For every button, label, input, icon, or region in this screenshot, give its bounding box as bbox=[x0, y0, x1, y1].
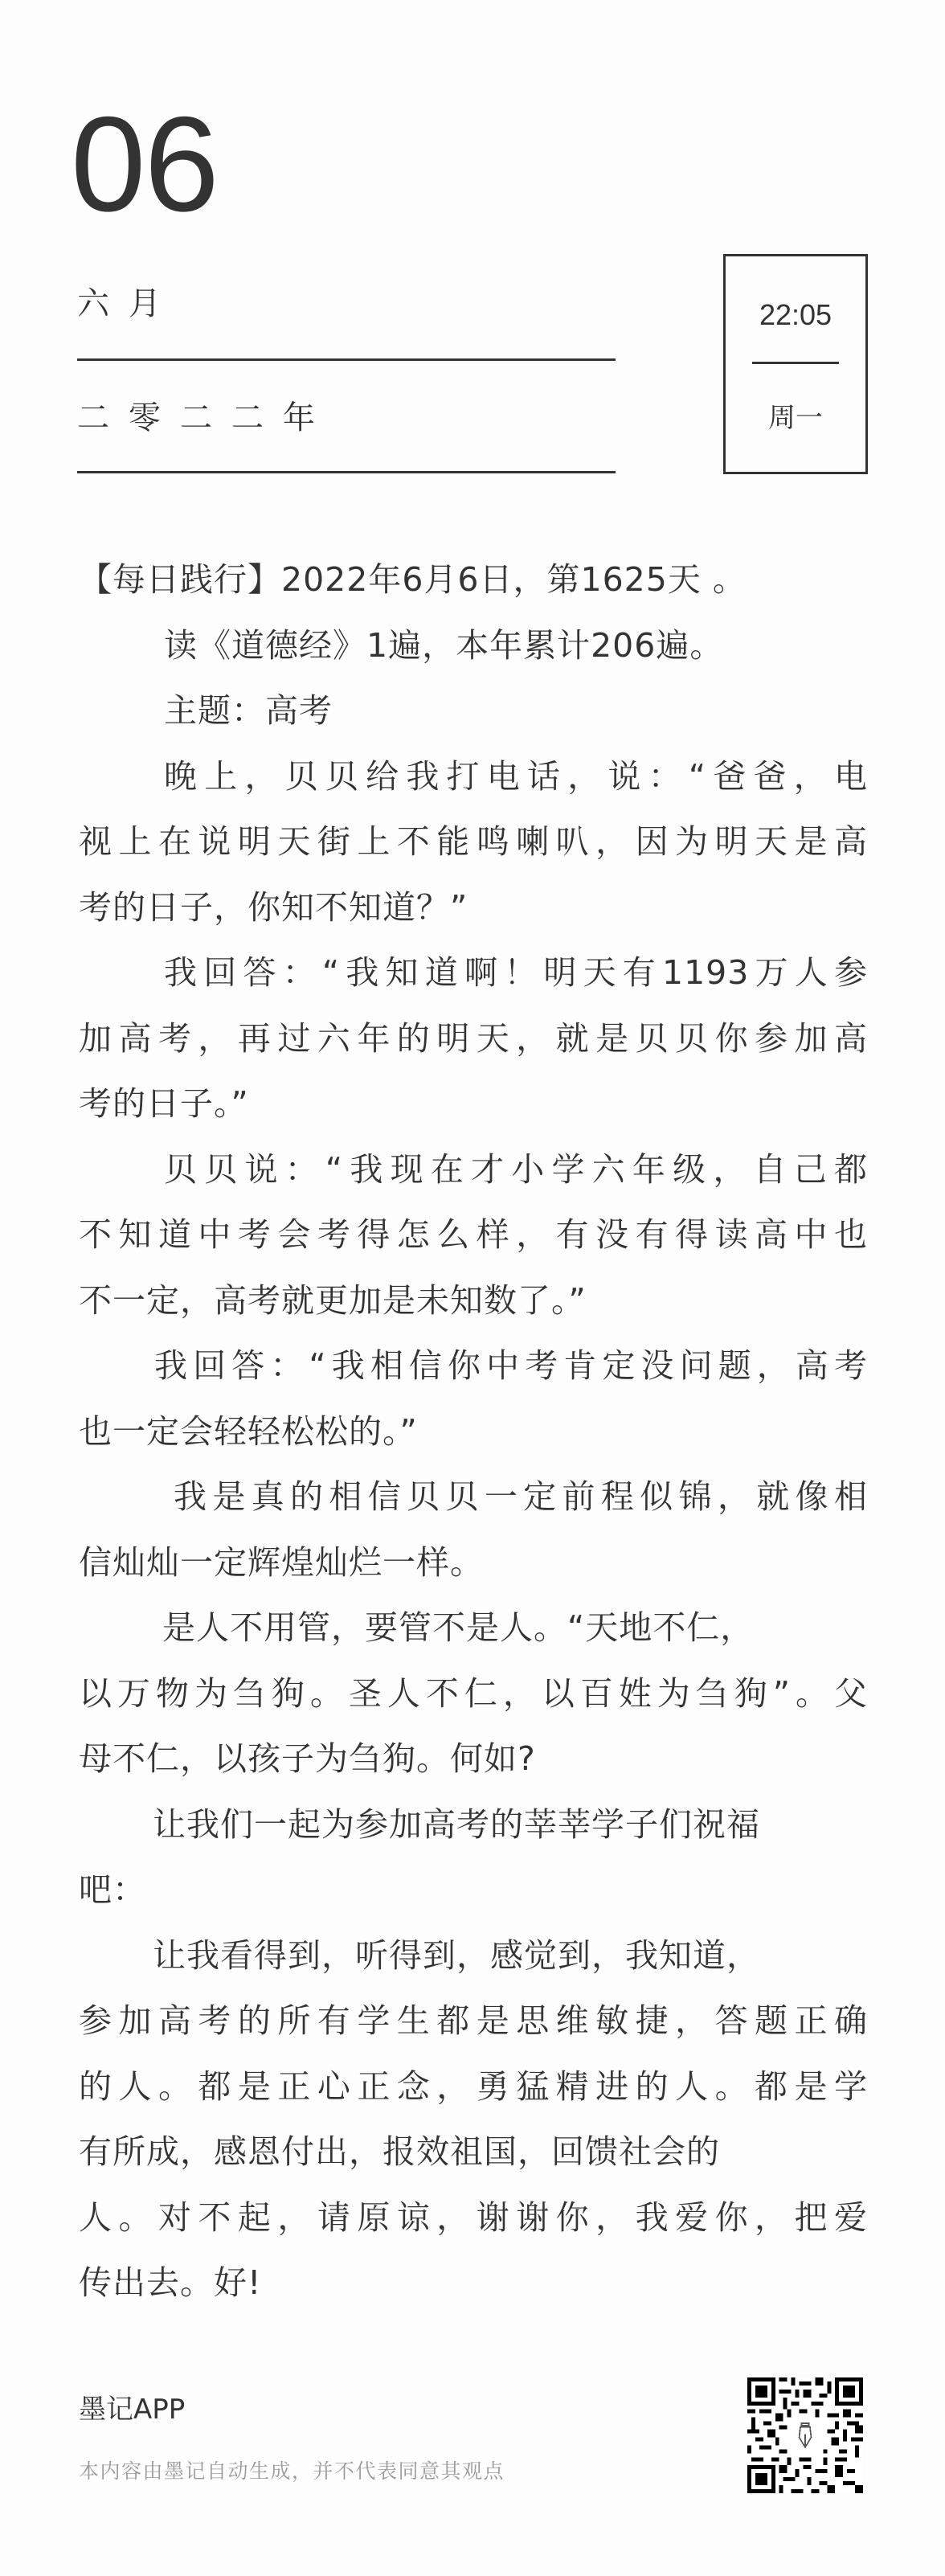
body-line: 参加高考的所有学生都是思维敏捷，答题正确 bbox=[79, 1988, 868, 2054]
weekday-label: 周一 bbox=[726, 398, 865, 438]
body-line: 贝贝说：“我现在才小学六年级，自己都 bbox=[79, 1137, 868, 1203]
qr-code-icon bbox=[747, 2377, 863, 2493]
body-line: 我是真的相信贝贝一定前程似锦，就像相 bbox=[79, 1464, 868, 1530]
body-line: 加高考，再过六年的明天，就是贝贝你参加高 bbox=[79, 1006, 868, 1072]
body-line: 让我看得到，听得到，感觉到，我知道， bbox=[79, 1923, 868, 1989]
year-label: 二零二二年 bbox=[77, 394, 334, 442]
day-number: 06 bbox=[71, 96, 218, 231]
body-line: 母不仁，以孩子为刍狗。何如? bbox=[79, 1726, 868, 1792]
month-divider bbox=[77, 358, 616, 361]
body-line: 吧： bbox=[79, 1857, 868, 1923]
body-line: 【每日践行】2022年6月6日，第1625天 。 bbox=[79, 547, 868, 613]
body-line: 也一定会轻轻松松的。” bbox=[79, 1399, 868, 1465]
journal-body: 【每日践行】2022年6月6日，第1625天 。读《道德经》1遍，本年累计206… bbox=[79, 547, 868, 2316]
time-divider bbox=[752, 362, 839, 364]
body-line: 是人不用管，要管不是人。“天地不仁， bbox=[79, 1595, 868, 1661]
time-label: 22:05 bbox=[726, 295, 865, 335]
body-line: 信灿灿一定辉煌灿烂一样。 bbox=[79, 1530, 868, 1596]
body-line: 晚上，贝贝给我打电话，说：“爸爸，电 bbox=[79, 744, 868, 810]
body-line: 传出去。好! bbox=[79, 2250, 868, 2316]
body-line: 人。对不起，请原谅，谢谢你，我爱你，把爱 bbox=[79, 2185, 868, 2251]
month-label: 六月 bbox=[77, 280, 180, 328]
body-line: 考的日子。” bbox=[79, 1071, 868, 1137]
body-line: 视上在说明天街上不能鸣喇叭，因为明天是高 bbox=[79, 809, 868, 875]
body-line: 读《道德经》1遍，本年累计206遍。 bbox=[79, 613, 868, 679]
body-line: 我回答：“我知道啊！明天有1193万人参 bbox=[79, 940, 868, 1006]
body-line: 不一定，高考就更加是未知数了。” bbox=[79, 1268, 868, 1334]
year-divider bbox=[77, 471, 616, 473]
body-line: 我回答：“我相信你中考肯定没问题，高考 bbox=[79, 1333, 868, 1399]
disclaimer-text: 本内容由墨记自动生成，并不代表同意其观点 bbox=[79, 2456, 505, 2487]
body-line: 主题：高考 bbox=[79, 678, 868, 744]
body-line: 有所成，感恩付出，报效祖国，回馈社会的 bbox=[79, 2119, 868, 2185]
body-line: 让我们一起为参加高考的莘莘学子们祝福 bbox=[79, 1792, 868, 1858]
body-line: 的人。都是正心正念，勇猛精进的人。都是学 bbox=[79, 2054, 868, 2120]
brand-label: 墨记APP bbox=[79, 2390, 185, 2429]
body-line: 以万物为刍狗。圣人不仁，以百姓为刍狗”。父 bbox=[79, 1661, 868, 1727]
time-box: 22:05 周一 bbox=[723, 254, 868, 474]
body-line: 考的日子，你知不知道？” bbox=[79, 875, 868, 941]
body-line: 不知道中考会考得怎么样，有没有得读高中也 bbox=[79, 1202, 868, 1268]
